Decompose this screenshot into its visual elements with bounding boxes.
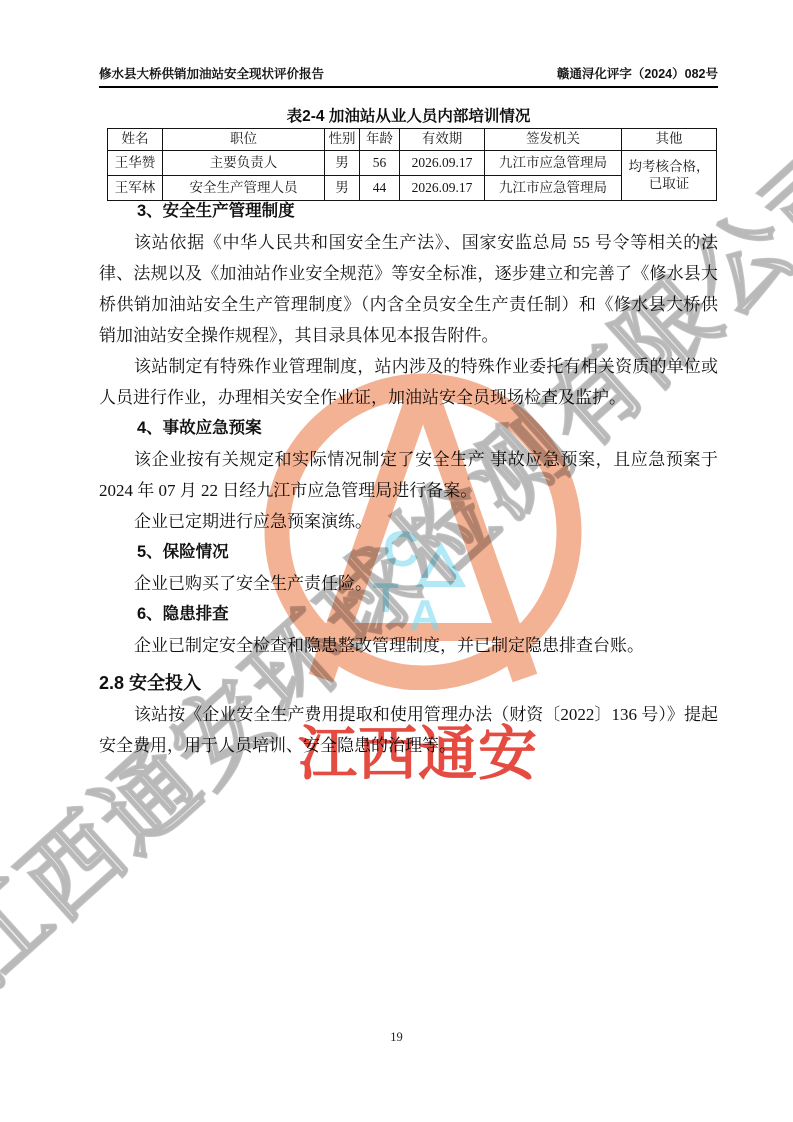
position-cell: 主要负责人 [163,151,325,176]
age-cell: 56 [360,151,400,176]
section-heading-hazard-inspection: 6、隐患排查 [99,599,718,630]
report-body: 3、安全生产管理制度 该站依据《中华人民共和国安全生产法》、国家安监总局 55 … [99,196,718,761]
validity-cell: 2026.09.17 [400,151,485,176]
section-heading-safety-investment: 2.8 安全投入 [99,668,718,699]
paragraph: 该站依据《中华人民共和国安全生产法》、国家安监总局 55 号令等相关的法律、法规… [99,227,718,351]
header-divider [99,86,718,88]
section-heading-emergency-plan: 4、事故应急预案 [99,413,718,444]
gender-cell: 男 [325,151,360,176]
other-merged-cell: 均考核合格，已取证 [622,151,717,201]
paragraph: 企业已定期进行应急预案演练。 [99,506,718,537]
header-report-title: 修水县大桥供销加油站安全现状评价报告 [99,64,324,82]
name-cell: 王华赞 [108,151,163,176]
section-heading-management-system: 3、安全生产管理制度 [99,196,718,227]
paragraph: 该站制定有特殊作业管理制度，站内涉及的特殊作业委托有相关资质的单位或人员进行作业… [99,351,718,413]
column-header-other: 其他 [622,129,717,151]
section-heading-insurance: 5、保险情况 [99,537,718,568]
column-header-issuer: 签发机关 [485,129,622,151]
paragraph: 企业已购买了安全生产责任险。 [99,568,718,599]
paragraph: 企业已制定安全检查和隐患整改管理制度，并已制定隐患排查台账。 [99,630,718,661]
issuer-cell: 九江市应急管理局 [485,151,622,176]
page-number: 19 [0,1030,793,1045]
report-page: 修水县大桥供销加油站安全现状评价报告 赣通浔化评字（2024）082号 表2-4… [0,0,793,1122]
paragraph: 该企业按有关规定和实际情况制定了安全生产 事故应急预案，且应急预案于 2024 … [99,444,718,506]
table-row: 王华赞 主要负责人 男 56 2026.09.17 九江市应急管理局 均考核合格… [108,151,717,176]
header-doc-number: 赣通浔化评字（2024）082号 [557,64,718,82]
table-title: 表2-4 加油站从业人员内部培训情况 [99,104,718,126]
table-header-row: 姓名 职位 性别 年龄 有效期 签发机关 其他 [108,129,717,151]
column-header-gender: 性别 [325,129,360,151]
column-header-validity: 有效期 [400,129,485,151]
column-header-age: 年龄 [360,129,400,151]
paragraph: 该站按《企业安全生产费用提取和使用管理办法（财资〔2022〕136 号）》提起安… [99,699,718,761]
personnel-training-table: 姓名 职位 性别 年龄 有效期 签发机关 其他 王华赞 主要负责人 男 56 2… [107,128,717,201]
page-header: 修水县大桥供销加油站安全现状评价报告 赣通浔化评字（2024）082号 [99,64,718,82]
column-header-name: 姓名 [108,129,163,151]
column-header-position: 职位 [163,129,325,151]
